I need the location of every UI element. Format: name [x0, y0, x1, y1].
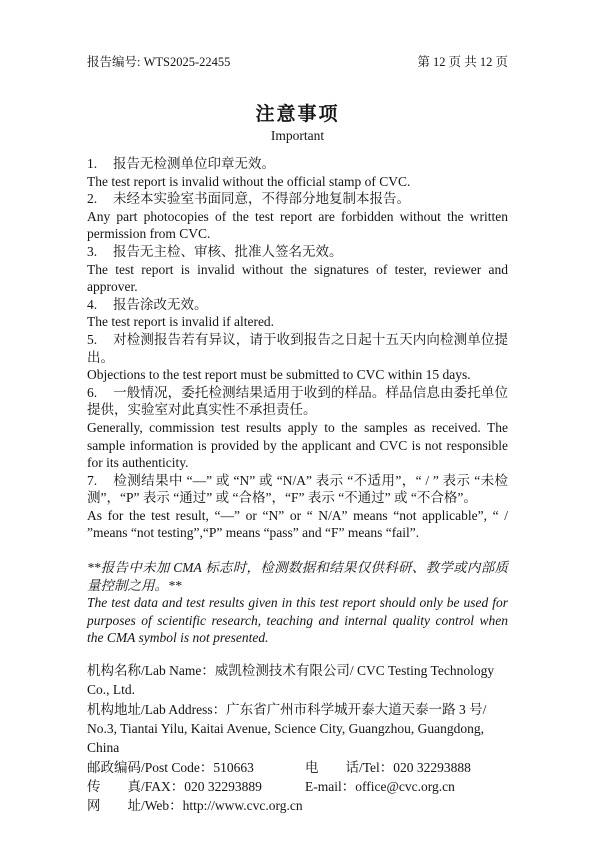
note-3-en: The test report is invalid without the s…: [87, 261, 508, 296]
note-5-en: Objections to the test report must be su…: [87, 366, 508, 384]
cma-note-zh: **报告中未加 CMA 标志时，检测数据和结果仅供科研、教学或内部质量控制之用。…: [87, 559, 508, 594]
note-text-zh: 未经本实验室书面同意，不得部分地复制本报告。: [113, 191, 410, 206]
lab-post-code: 邮政编码/Post Code：510663: [87, 758, 305, 777]
note-text-zh: 一般情况，委托检测结果适用于收到的样品。样品信息由委托单位提供，实验室对此真实性…: [87, 385, 508, 418]
notes-list: 1.报告无检测单位印章无效。 The test report is invali…: [87, 155, 508, 542]
lab-row-fax-email: 传 真/FAX：020 32293889 E-mail：office@cvc.o…: [87, 777, 508, 796]
report-number: 报告编号: WTS2025-22455: [87, 54, 230, 70]
note-number: 1.: [87, 155, 113, 173]
note-number: 2.: [87, 190, 113, 208]
lab-email: E-mail：office@cvc.org.cn: [305, 777, 455, 796]
note-5-zh: 5.对检测报告若有异议，请于收到报告之日起十五天内向检测单位提出。: [87, 331, 508, 366]
note-number: 5.: [87, 331, 113, 349]
lab-address-en: No.3, Tiantai Yilu, Kaitai Avenue, Scien…: [87, 719, 508, 758]
note-text-zh: 检测结果中 “—” 或 “N” 或 “N/A” 表示 “不适用”，“ / ” 表…: [87, 473, 508, 506]
note-7-zh: 7.检测结果中 “—” 或 “N” 或 “N/A” 表示 “不适用”，“ / ”…: [87, 472, 508, 507]
cma-note: **报告中未加 CMA 标志时，检测数据和结果仅供科研、教学或内部质量控制之用。…: [87, 559, 508, 647]
note-2-zh: 2.未经本实验室书面同意，不得部分地复制本报告。: [87, 190, 508, 208]
report-page: 报告编号: WTS2025-22455 第 12 页 共 12 页 注意事项 I…: [0, 0, 595, 841]
notice-title-en: Important: [87, 127, 508, 144]
lab-row-postcode-tel: 邮政编码/Post Code：510663 电 话/Tel：020 322938…: [87, 758, 508, 777]
page-header: 报告编号: WTS2025-22455 第 12 页 共 12 页: [87, 54, 508, 70]
note-text-zh: 报告涂改无效。: [113, 297, 208, 312]
note-number: 7.: [87, 472, 113, 490]
note-7-en: As for the test result, “—” or “N” or “ …: [87, 507, 508, 542]
note-1-zh: 1.报告无检测单位印章无效。: [87, 155, 508, 173]
note-number: 4.: [87, 296, 113, 314]
note-text-zh: 报告无主检、审核、批准人签名无效。: [113, 244, 343, 259]
note-6-en: Generally, commission test results apply…: [87, 419, 508, 472]
note-6-zh: 6.一般情况，委托检测结果适用于收到的样品。样品信息由委托单位提供，实验室对此真…: [87, 384, 508, 419]
note-4-en: The test report is invalid if altered.: [87, 313, 508, 331]
lab-name: 机构名称/Lab Name：威凯检测技术有限公司/ CVC Testing Te…: [87, 661, 508, 700]
note-text-zh: 报告无检测单位印章无效。: [113, 156, 275, 171]
lab-info: 机构名称/Lab Name：威凯检测技术有限公司/ CVC Testing Te…: [87, 661, 508, 815]
note-text-zh: 对检测报告若有异议，请于收到报告之日起十五天内向检测单位提出。: [87, 332, 508, 365]
note-number: 6.: [87, 384, 113, 402]
note-1-en: The test report is invalid without the o…: [87, 173, 508, 191]
note-3-zh: 3.报告无主检、审核、批准人签名无效。: [87, 243, 508, 261]
lab-address-zh: 机构地址/Lab Address：广东省广州市科学城开泰大道天泰一路 3 号/: [87, 700, 508, 719]
note-2-en: Any part photocopies of the test report …: [87, 208, 508, 243]
note-4-zh: 4.报告涂改无效。: [87, 296, 508, 314]
notice-title-zh: 注意事项: [87, 99, 508, 126]
page-indicator: 第 12 页 共 12 页: [417, 54, 508, 70]
lab-fax: 传 真/FAX：020 32293889: [87, 777, 305, 796]
lab-tel: 电 话/Tel：020 32293888: [305, 758, 471, 777]
note-number: 3.: [87, 243, 113, 261]
lab-web: 网 址/Web：http://www.cvc.org.cn: [87, 796, 508, 815]
cma-note-en: The test data and test results given in …: [87, 594, 508, 647]
